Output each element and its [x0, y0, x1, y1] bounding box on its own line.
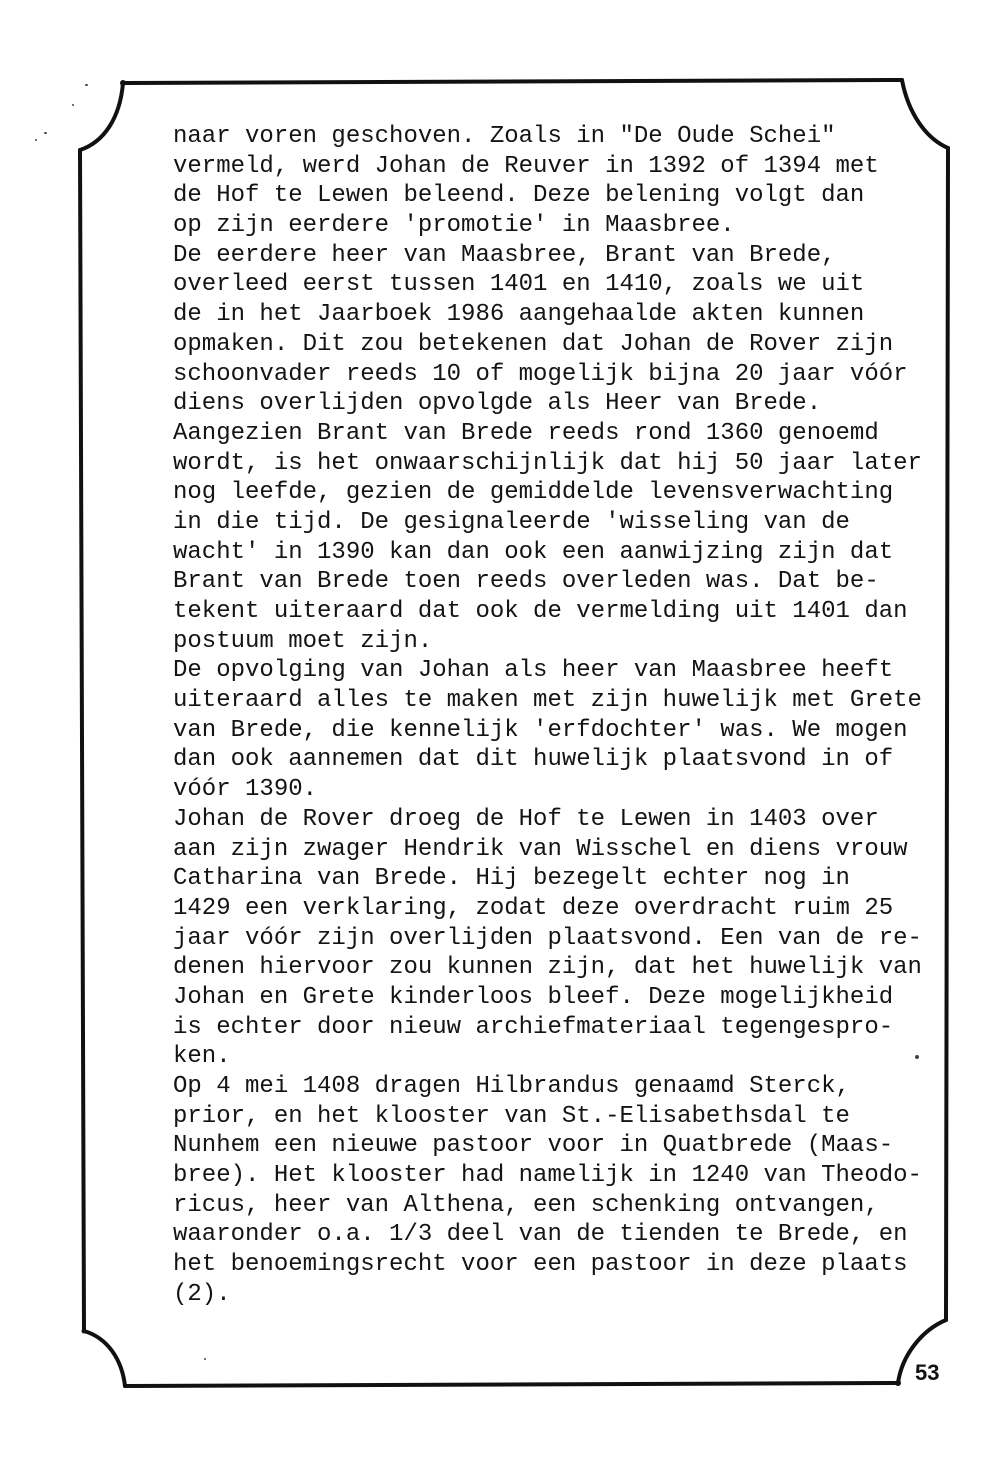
text-line: opmaken. Dit zou betekenen dat Johan de …	[173, 330, 933, 360]
text-line: denen hiervoor zou kunnen zijn, dat het …	[173, 953, 933, 983]
text-line: prior, en het klooster van St.-Elisabeth…	[173, 1102, 933, 1132]
text-line: Catharina van Brede. Hij bezegelt echter…	[173, 864, 933, 894]
scan-speck	[72, 104, 74, 106]
text-line: in die tijd. De gesignaleerde 'wisseling…	[173, 508, 933, 538]
text-line: ricus, heer van Althena, een schenking o…	[173, 1191, 933, 1221]
text-line: van Brede, die kennelijk 'erfdochter' wa…	[173, 716, 933, 746]
page-number: 53	[915, 1360, 939, 1386]
text-line: aan zijn zwager Hendrik van Wisschel en …	[173, 835, 933, 865]
text-line: het benoemingsrecht voor een pastoor in …	[173, 1250, 933, 1280]
text-line: de Hof te Lewen beleend. Deze belening v…	[173, 181, 933, 211]
text-line: Johan en Grete kinderloos bleef. Deze mo…	[173, 983, 933, 1013]
scan-speck	[85, 84, 88, 86]
text-line: ken.	[173, 1042, 933, 1072]
text-line: uiteraard alles te maken met zijn huweli…	[173, 686, 933, 716]
text-line: postuum moet zijn.	[173, 627, 933, 657]
text-line: De opvolging van Johan als heer van Maas…	[173, 656, 933, 686]
text-line: Johan de Rover droeg de Hof te Lewen in …	[173, 805, 933, 835]
text-line: Nunhem een nieuwe pastoor voor in Quatbr…	[173, 1131, 933, 1161]
text-line: waaronder o.a. 1/3 deel van de tienden t…	[173, 1220, 933, 1250]
text-line: nog leefde, gezien de gemiddelde levensv…	[173, 478, 933, 508]
text-line: dan ook aannemen dat dit huwelijk plaats…	[173, 745, 933, 775]
text-line: Brant van Brede toen reeds overleden was…	[173, 567, 933, 597]
text-line: jaar vóór zijn overlijden plaatsvond. Ee…	[173, 924, 933, 954]
text-line: 1429 een verklaring, zodat deze overdrac…	[173, 894, 933, 924]
text-line: wordt, is het onwaarschijnlijk dat hij 5…	[173, 449, 933, 479]
text-line: vermeld, werd Johan de Reuver in 1392 of…	[173, 152, 933, 182]
text-line: is echter door nieuw archiefmateriaal te…	[173, 1013, 933, 1043]
text-line: op zijn eerdere 'promotie' in Maasbree.	[173, 211, 933, 241]
text-line: wacht' in 1390 kan dan ook een aanwijzin…	[173, 538, 933, 568]
page-body-text: naar voren geschoven. Zoals in "De Oude …	[173, 122, 933, 1310]
text-line: bree). Het klooster had namelijk in 1240…	[173, 1161, 933, 1191]
text-line: de in het Jaarboek 1986 aangehaalde akte…	[173, 300, 933, 330]
scan-speck	[44, 132, 47, 134]
text-line: Op 4 mei 1408 dragen Hilbrandus genaamd …	[173, 1072, 933, 1102]
text-line: naar voren geschoven. Zoals in "De Oude …	[173, 122, 933, 152]
text-line: diens overlijden opvolgde als Heer van B…	[173, 389, 933, 419]
scan-speck	[204, 1358, 206, 1360]
text-line: vóór 1390.	[173, 775, 933, 805]
text-line: Aangezien Brant van Brede reeds rond 136…	[173, 419, 933, 449]
scan-speck	[35, 139, 37, 141]
text-line: overleed eerst tussen 1401 en 1410, zoal…	[173, 270, 933, 300]
text-line: De eerdere heer van Maasbree, Brant van …	[173, 241, 933, 271]
text-line: tekent uiteraard dat ook de vermelding u…	[173, 597, 933, 627]
text-line: (2).	[173, 1280, 933, 1310]
text-line: schoonvader reeds 10 of mogelijk bijna 2…	[173, 360, 933, 390]
